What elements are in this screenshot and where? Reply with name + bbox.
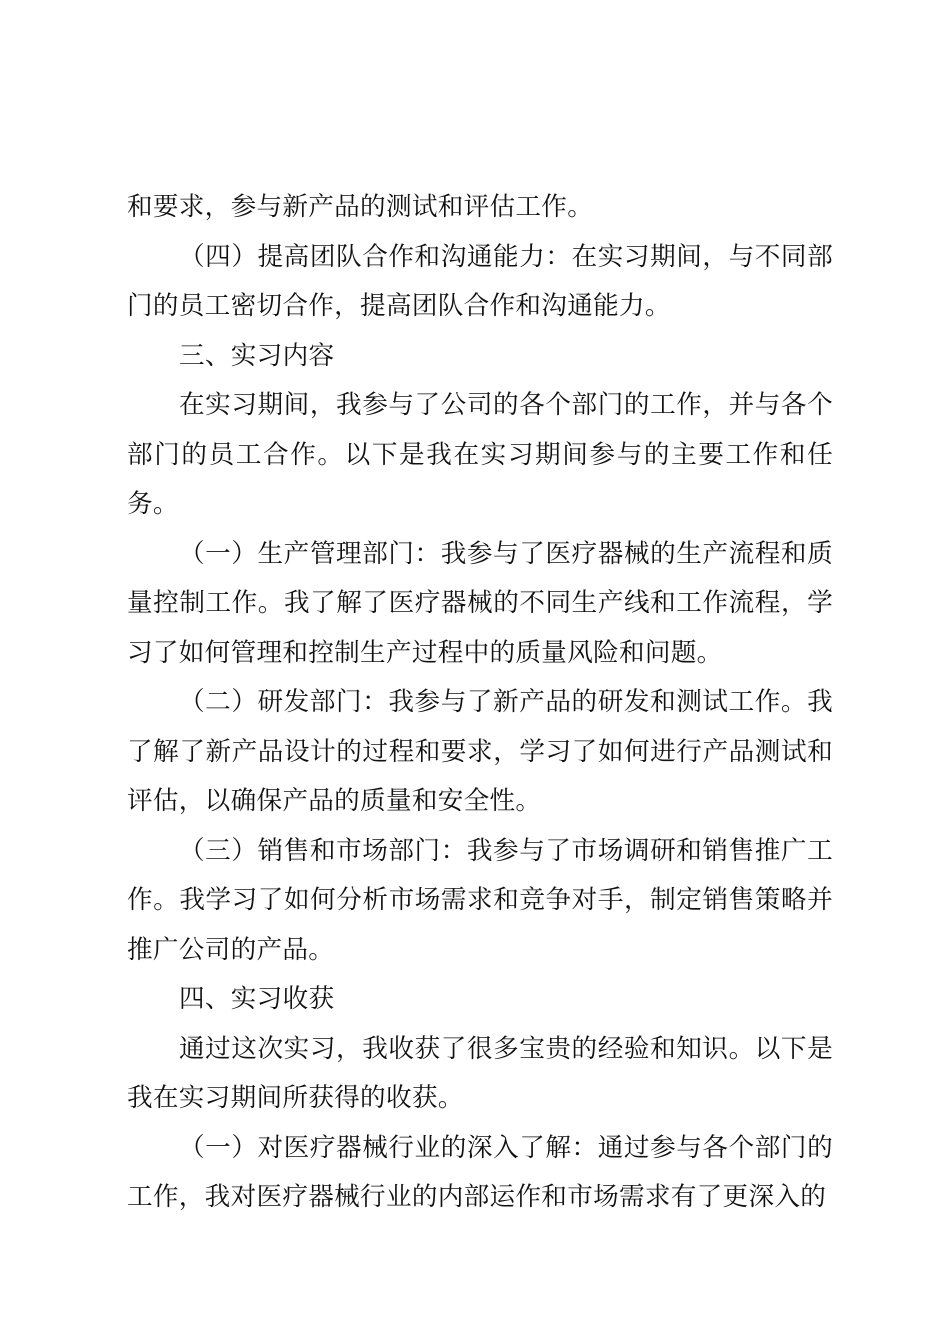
section-heading-internship-content: 三、实习内容 bbox=[127, 332, 833, 382]
paragraph-industry-understanding: （一）对医疗器械行业的深入了解：通过参与各个部门的工作，我对医疗器械行业的内部运… bbox=[127, 1124, 833, 1223]
paragraph-gains-intro: 通过这次实习，我收获了很多宝贵的经验和知识。以下是我在实习期间所获得的收获。 bbox=[127, 1025, 833, 1124]
paragraph-continuation: 和要求，参与新产品的测试和评估工作。 bbox=[127, 183, 833, 233]
section-heading-internship-gains: 四、实习收获 bbox=[127, 975, 833, 1025]
document-page: 和要求，参与新产品的测试和评估工作。 （四）提高团队合作和沟通能力：在实习期间，… bbox=[127, 183, 833, 1223]
paragraph-content-intro: 在实习期间，我参与了公司的各个部门的工作，并与各个部门的员工合作。以下是我在实习… bbox=[127, 381, 833, 530]
paragraph-rnd-dept: （二）研发部门：我参与了新产品的研发和测试工作。我了解了新产品设计的过程和要求，… bbox=[127, 678, 833, 827]
paragraph-sales-marketing-dept: （三）销售和市场部门：我参与了市场调研和销售推广工作。我学习了如何分析市场需求和… bbox=[127, 827, 833, 976]
paragraph-objective-4: （四）提高团队合作和沟通能力：在实习期间，与不同部门的员工密切合作，提高团队合作… bbox=[127, 233, 833, 332]
paragraph-production-dept: （一）生产管理部门：我参与了医疗器械的生产流程和质量控制工作。我了解了医疗器械的… bbox=[127, 530, 833, 679]
